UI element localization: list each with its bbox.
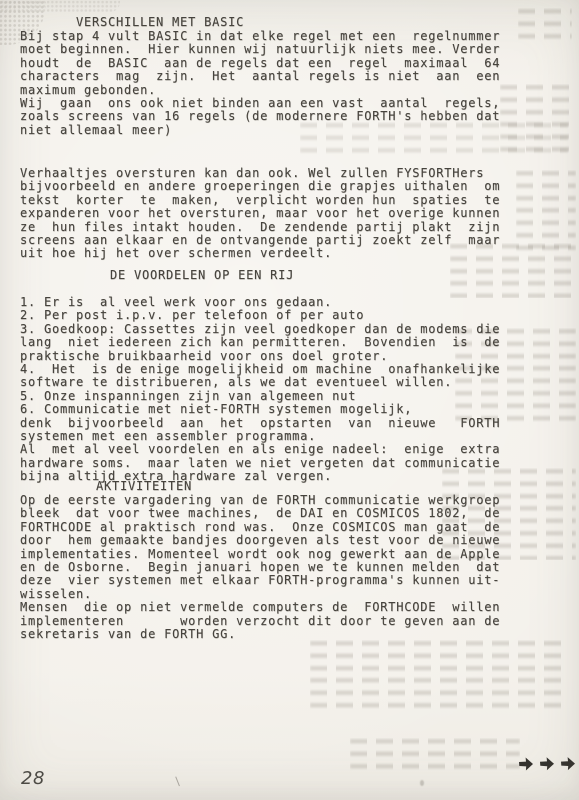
scan-top-edge-artifact [0, 0, 120, 12]
paragraph-verschillen-met-basic: Bij stap 4 vult BASIC in dat elke regel … [20, 30, 500, 137]
paragraph-aktiviteiten: Op de eerste vargadering van de FORTH co… [20, 494, 500, 641]
bleed-through-artifact [310, 640, 568, 712]
bleed-through-artifact [350, 738, 520, 772]
scanned-document-page: VERSCHILLEN MET BASIC Bij stap 4 vult BA… [0, 0, 579, 800]
next-page-arrows-icon [519, 756, 575, 772]
heading-aktiviteiten: AKTIVITEITEN [96, 480, 192, 493]
page-number: 28 [21, 768, 45, 789]
scan-speck-artifact [420, 780, 424, 786]
list-voordelen: 1. Er is al veel werk voor ons gedaan. 2… [20, 296, 500, 484]
paragraph-verhaaltjes-oversturen: Verhaaltjes oversturen kan dan ook. Wel … [20, 167, 500, 261]
bleed-through-artifact [518, 8, 572, 42]
heading-verschillen-met-basic: VERSCHILLEN MET BASIC [76, 16, 244, 29]
scan-speck-artifact [175, 776, 182, 786]
heading-de-voordelen-op-een-rij: DE VOORDELEN OP EEN RIJ [110, 269, 294, 282]
